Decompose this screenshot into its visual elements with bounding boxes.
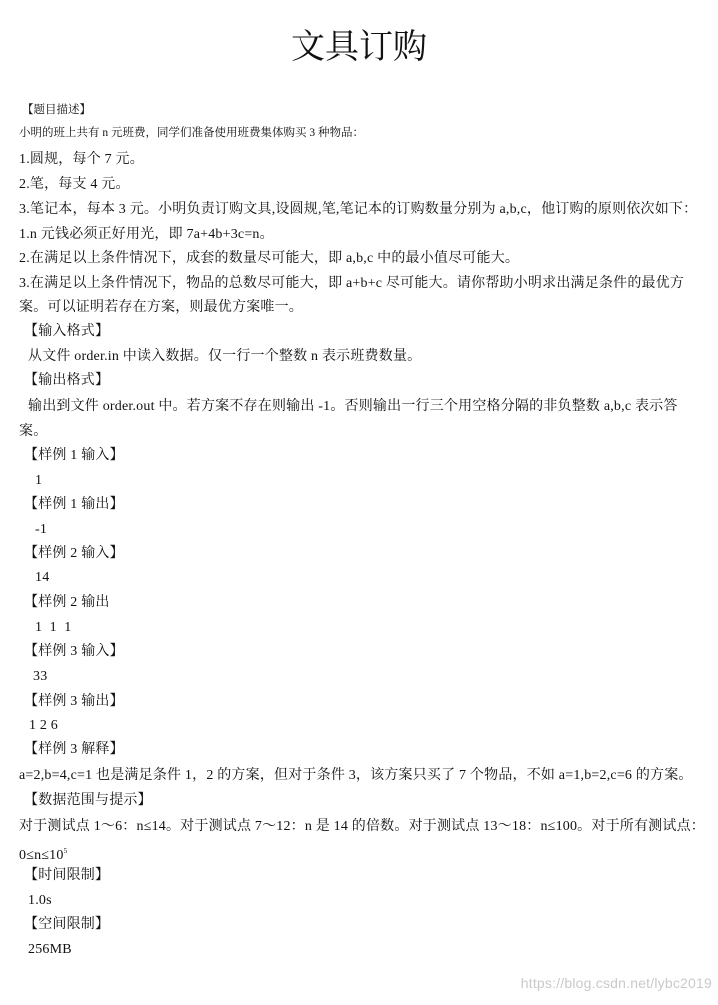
input-format-heading: 【输入格式】	[24, 322, 109, 342]
rule-3-continued: 案。可以证明若存在方案，则最优方案唯一。	[19, 298, 303, 318]
rule-2: 2.在满足以上条件情况下，成套的数量尽可能大，即 a,b,c 中的最小值尽可能大…	[19, 249, 519, 269]
item-pen: 2.笔，每支 4 元。	[19, 175, 130, 195]
constraints-all-range-exponent: 5	[64, 847, 68, 855]
sample-1-input-heading: 【样例 1 输入】	[24, 446, 124, 466]
sample-1-input-value: 1	[35, 471, 42, 491]
output-format-text: 输出到文件 order.out 中。若方案不存在则输出 -1。否则输出一行三个用…	[28, 397, 678, 417]
sample-3-explanation-text: a=2,b=4,c=1 也是满足条件 1，2 的方案，但对于条件 3，该方案只买…	[19, 766, 693, 786]
sample-3-output-value: 1 2 6	[29, 716, 58, 736]
sample-3-explanation-heading: 【样例 3 解释】	[24, 740, 124, 760]
input-format-text: 从文件 order.in 中读入数据。仅一行一个整数 n 表示班费数量。	[28, 347, 421, 367]
output-format-text-continued: 案。	[19, 422, 47, 442]
memory-limit-heading: 【空间限制】	[24, 915, 109, 935]
description-heading: 【题目描述】	[22, 100, 91, 120]
sample-3-input-value: 33	[33, 667, 47, 687]
constraints-heading: 【数据范围与提示】	[24, 791, 152, 811]
watermark-url: https://blog.csdn.net/lybc2019	[521, 975, 712, 991]
sample-2-input-heading: 【样例 2 输入】	[24, 544, 124, 564]
sample-1-output-value: -1	[35, 520, 47, 540]
sample-2-output-value: 1 1 1	[35, 618, 71, 638]
sample-3-input-heading: 【样例 3 输入】	[24, 642, 124, 662]
constraints-text: 对于测试点 1～6：n≤14。对于测试点 7～12：n 是 14 的倍数。对于测…	[19, 817, 705, 837]
item-notebook: 3.笔记本，每本 3 元。小明负责订购文具,设圆规,笔,笔记本的订购数量分别为 …	[19, 200, 697, 220]
sample-2-output-heading: 【样例 2 输出	[24, 593, 110, 613]
rule-3: 3.在满足以上条件情况下，物品的总数尽可能大，即 a+b+c 尽可能大。请你帮助…	[19, 274, 684, 294]
sample-3-output-heading: 【样例 3 输出】	[24, 692, 124, 712]
constraints-all-range-base: 0≤n≤10	[19, 848, 64, 863]
item-compass: 1.圆规，每个 7 元。	[19, 150, 144, 170]
rule-1: 1.n 元钱必须正好用光，即 7a+4b+3c=n。	[19, 225, 274, 245]
time-limit-value: 1.0s	[28, 891, 52, 911]
sample-1-output-heading: 【样例 1 输出】	[24, 495, 124, 515]
output-format-heading: 【输出格式】	[24, 371, 109, 391]
description-intro: 小明的班上共有 n 元班费，同学们准备使用班费集体购买 3 种物品：	[19, 123, 364, 143]
memory-limit-value: 256MB	[28, 940, 72, 960]
time-limit-heading: 【时间限制】	[24, 866, 109, 886]
page-title: 文具订购	[0, 22, 718, 72]
sample-2-input-value: 14	[35, 568, 49, 588]
constraints-all-range: 0≤n≤105	[19, 841, 67, 866]
